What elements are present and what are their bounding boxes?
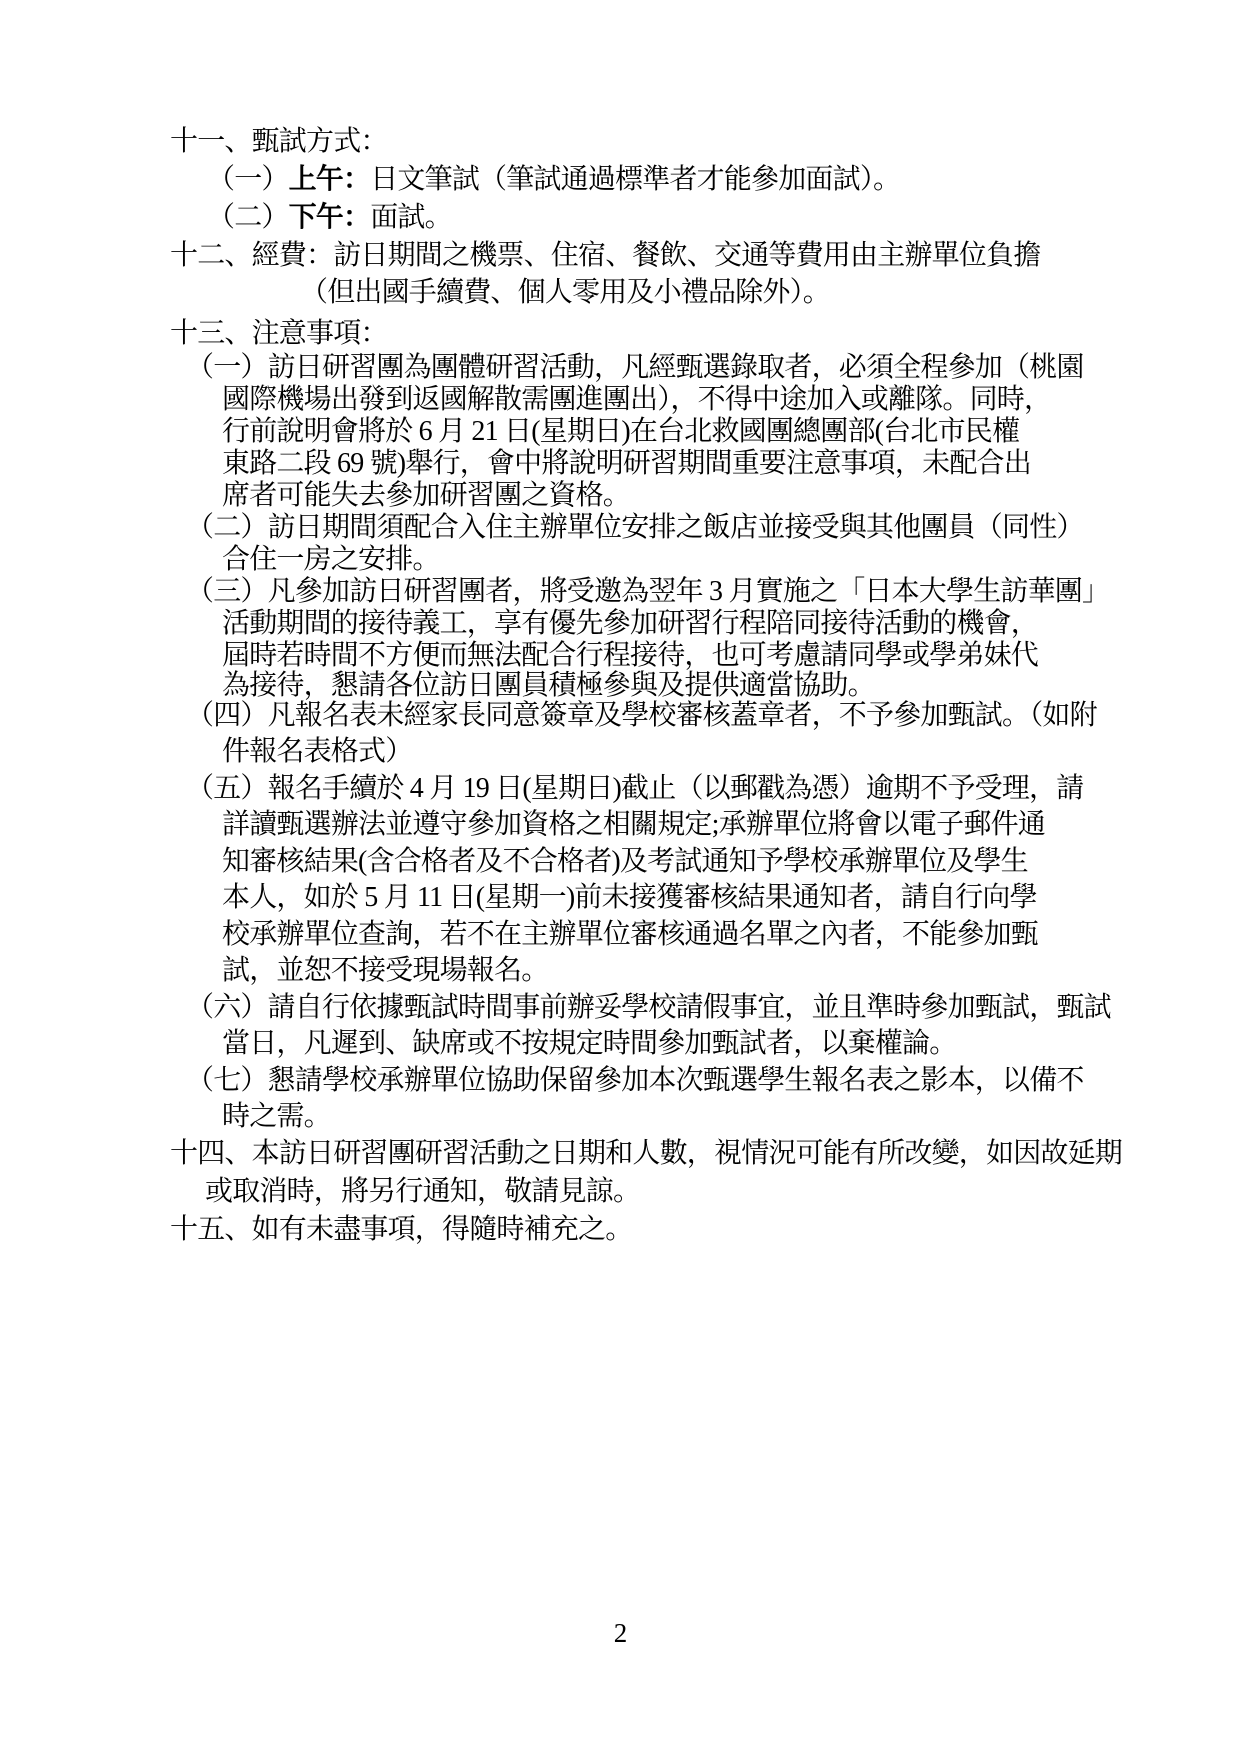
text-run: （三）凡參加訪日研習團者，將受邀為翌年 3 月實施之「日本大學生訪華團」	[186, 576, 1109, 607]
text-run: 屆時若時間不方便而無法配合行程接待，也可考慮請同學或學弟妹代	[222, 640, 1038, 671]
text-line: （五）報名手續於 4 月 19 日(星期日)截止（以郵戳為憑）逾期不予受理，請	[186, 773, 1083, 805]
text-run: 時之需。	[222, 1101, 331, 1132]
text-line: 校承辦單位查詢，若不在主辦單位審核通過名單之內者，不能參加甄	[222, 919, 1038, 951]
text-run: （二）訪日期間須配合入住主辦單位安排之飯店並接受與其他團員（同性）	[186, 512, 1084, 543]
text-line: 活動期間的接待義工，享有優先參加研習行程陪同接待活動的機會，	[222, 608, 1038, 640]
text-line: 東路二段 69 號)舉行，會中將說明研習期間重要注意事項，未配合出	[222, 448, 1031, 480]
text-run: 席者可能失去參加研習團之資格。	[222, 480, 630, 511]
text-line: 行前說明會將於 6 月 21 日(星期日)在台北救國團總團部(台北市民權	[222, 416, 1019, 448]
text-line: 合住一房之安排。	[222, 544, 440, 576]
text-run: 當日，凡遲到、缺席或不按規定時間參加甄試者，以棄權論。	[222, 1028, 956, 1059]
text-line: 件報名表格式）	[222, 736, 412, 768]
text-run: （一）訪日研習團為團體研習活動，凡經甄選錄取者，必須全程參加（桃園	[186, 352, 1084, 383]
text-run: （七）懇請學校承辦單位協助保留參加本次甄選學生報名表之影本，以備不	[186, 1065, 1084, 1096]
text-line: 當日，凡遲到、缺席或不按規定時間參加甄試者，以棄權論。	[222, 1028, 956, 1060]
text-line: （七）懇請學校承辦單位協助保留參加本次甄選學生報名表之影本，以備不	[186, 1065, 1084, 1097]
text-run: 件報名表格式）	[222, 736, 412, 767]
text-run: （六）請自行依據甄試時間事前辦妥學校請假事宜，並且準時參加甄試，甄試	[186, 992, 1111, 1023]
text-line: （一）訪日研習團為團體研習活動，凡經甄選錄取者，必須全程參加（桃園	[186, 352, 1084, 384]
text-run: 本人，如於 5 月 11 日(星期一)前未接獲審核結果通知者，請自行向學	[222, 882, 1037, 913]
text-run: 知審核結果(含合格者及不合格者)及考試通知予學校承辦單位及學生	[222, 846, 1028, 877]
text-run: 行前說明會將於 6 月 21 日(星期日)在台北救國團總團部(台北市民權	[222, 416, 1019, 447]
text-line: 本人，如於 5 月 11 日(星期一)前未接獲審核結果通知者，請自行向學	[222, 882, 1037, 914]
text-line: 席者可能失去參加研習團之資格。	[222, 480, 630, 512]
text-run: （五）報名手續於 4 月 19 日(星期日)截止（以郵戳為憑）逾期不予受理，請	[186, 773, 1083, 804]
text-line: （三）凡參加訪日研習團者，將受邀為翌年 3 月實施之「日本大學生訪華團」	[186, 576, 1109, 608]
text-line: 國際機場出發到返國解散需團進團出），不得中途加入或離隊。同時，	[222, 384, 1051, 416]
text-line: （二）下午：面試。	[207, 202, 452, 234]
text-run: （二）	[207, 202, 289, 233]
text-run: （四）凡報名表未經家長同意簽章及學校審核蓋章者，不予參加甄試。（如附	[186, 700, 1097, 731]
text-run: 試，並恕不接受現場報名。	[222, 955, 548, 986]
text-line: （但出國手續費、個人零用及小禮品除外）。	[300, 277, 830, 309]
text-line: 知審核結果(含合格者及不合格者)及考試通知予學校承辦單位及學生	[222, 846, 1028, 878]
text-line: 十二、經費：訪日期間之機票、住宿、餐飲、交通等費用由主辦單位負擔	[170, 240, 1040, 272]
text-line: 為接待，懇請各位訪日團員積極參與及提供適當協助。	[222, 670, 875, 702]
text-line: （六）請自行依據甄試時間事前辦妥學校請假事宜，並且準時參加甄試，甄試	[186, 992, 1111, 1024]
bold-run: 下午：	[289, 202, 371, 233]
document-page: 十一、甄試方式：（一）上午：日文筆試（筆試通過標準者才能參加面試）。（二）下午：…	[0, 0, 1241, 1755]
text-run: 面試。	[370, 202, 452, 233]
text-run: 日文筆試（筆試通過標準者才能參加面試）。	[370, 164, 900, 195]
text-line: （四）凡報名表未經家長同意簽章及學校審核蓋章者，不予參加甄試。（如附	[186, 700, 1097, 732]
text-run: 詳讀甄選辦法並遵守參加資格之相關規定;承辦單位將會以電子郵件通	[222, 809, 1045, 840]
text-run: 為接待，懇請各位訪日團員積極參與及提供適當協助。	[222, 670, 875, 701]
text-run: （但出國手續費、個人零用及小禮品除外）。	[300, 277, 830, 308]
text-run: 十五、如有未盡事項，得隨時補充之。	[170, 1214, 632, 1245]
page-number: 2	[0, 1618, 1241, 1649]
text-run: 合住一房之安排。	[222, 544, 440, 575]
text-run: （一）	[207, 164, 289, 195]
text-line: 十一、甄試方式：	[170, 126, 388, 158]
bold-run: 上午：	[289, 164, 371, 195]
text-line: （二）訪日期間須配合入住主辦單位安排之飯店並接受與其他團員（同性）	[186, 512, 1084, 544]
text-line: 十三、注意事項：	[170, 318, 388, 350]
text-line: 詳讀甄選辦法並遵守參加資格之相關規定;承辦單位將會以電子郵件通	[222, 809, 1045, 841]
text-line: 屆時若時間不方便而無法配合行程接待，也可考慮請同學或學弟妹代	[222, 640, 1038, 672]
text-run: 或取消時，將另行通知，敬請見諒。	[205, 1176, 640, 1207]
text-run: 活動期間的接待義工，享有優先參加研習行程陪同接待活動的機會，	[222, 608, 1038, 639]
text-run: 十四、本訪日研習團研習活動之日期和人數，視情況可能有所改變，如因故延期	[170, 1138, 1122, 1169]
text-run: 國際機場出發到返國解散需團進團出），不得中途加入或離隊。同時，	[222, 384, 1051, 415]
text-line: 試，並恕不接受現場報名。	[222, 955, 548, 987]
text-run: 東路二段 69 號)舉行，會中將說明研習期間重要注意事項，未配合出	[222, 448, 1031, 479]
text-run: 十三、注意事項：	[170, 318, 388, 349]
text-line: （一）上午：日文筆試（筆試通過標準者才能參加面試）。	[207, 164, 900, 196]
text-line: 時之需。	[222, 1101, 331, 1133]
text-run: 十二、經費：訪日期間之機票、住宿、餐飲、交通等費用由主辦單位負擔	[170, 240, 1040, 271]
text-line: 或取消時，將另行通知，敬請見諒。	[205, 1176, 640, 1208]
text-run: 十一、甄試方式：	[170, 126, 388, 157]
text-line: 十五、如有未盡事項，得隨時補充之。	[170, 1214, 632, 1246]
text-run: 校承辦單位查詢，若不在主辦單位審核通過名單之內者，不能參加甄	[222, 919, 1038, 950]
text-line: 十四、本訪日研習團研習活動之日期和人數，視情況可能有所改變，如因故延期	[170, 1138, 1122, 1170]
